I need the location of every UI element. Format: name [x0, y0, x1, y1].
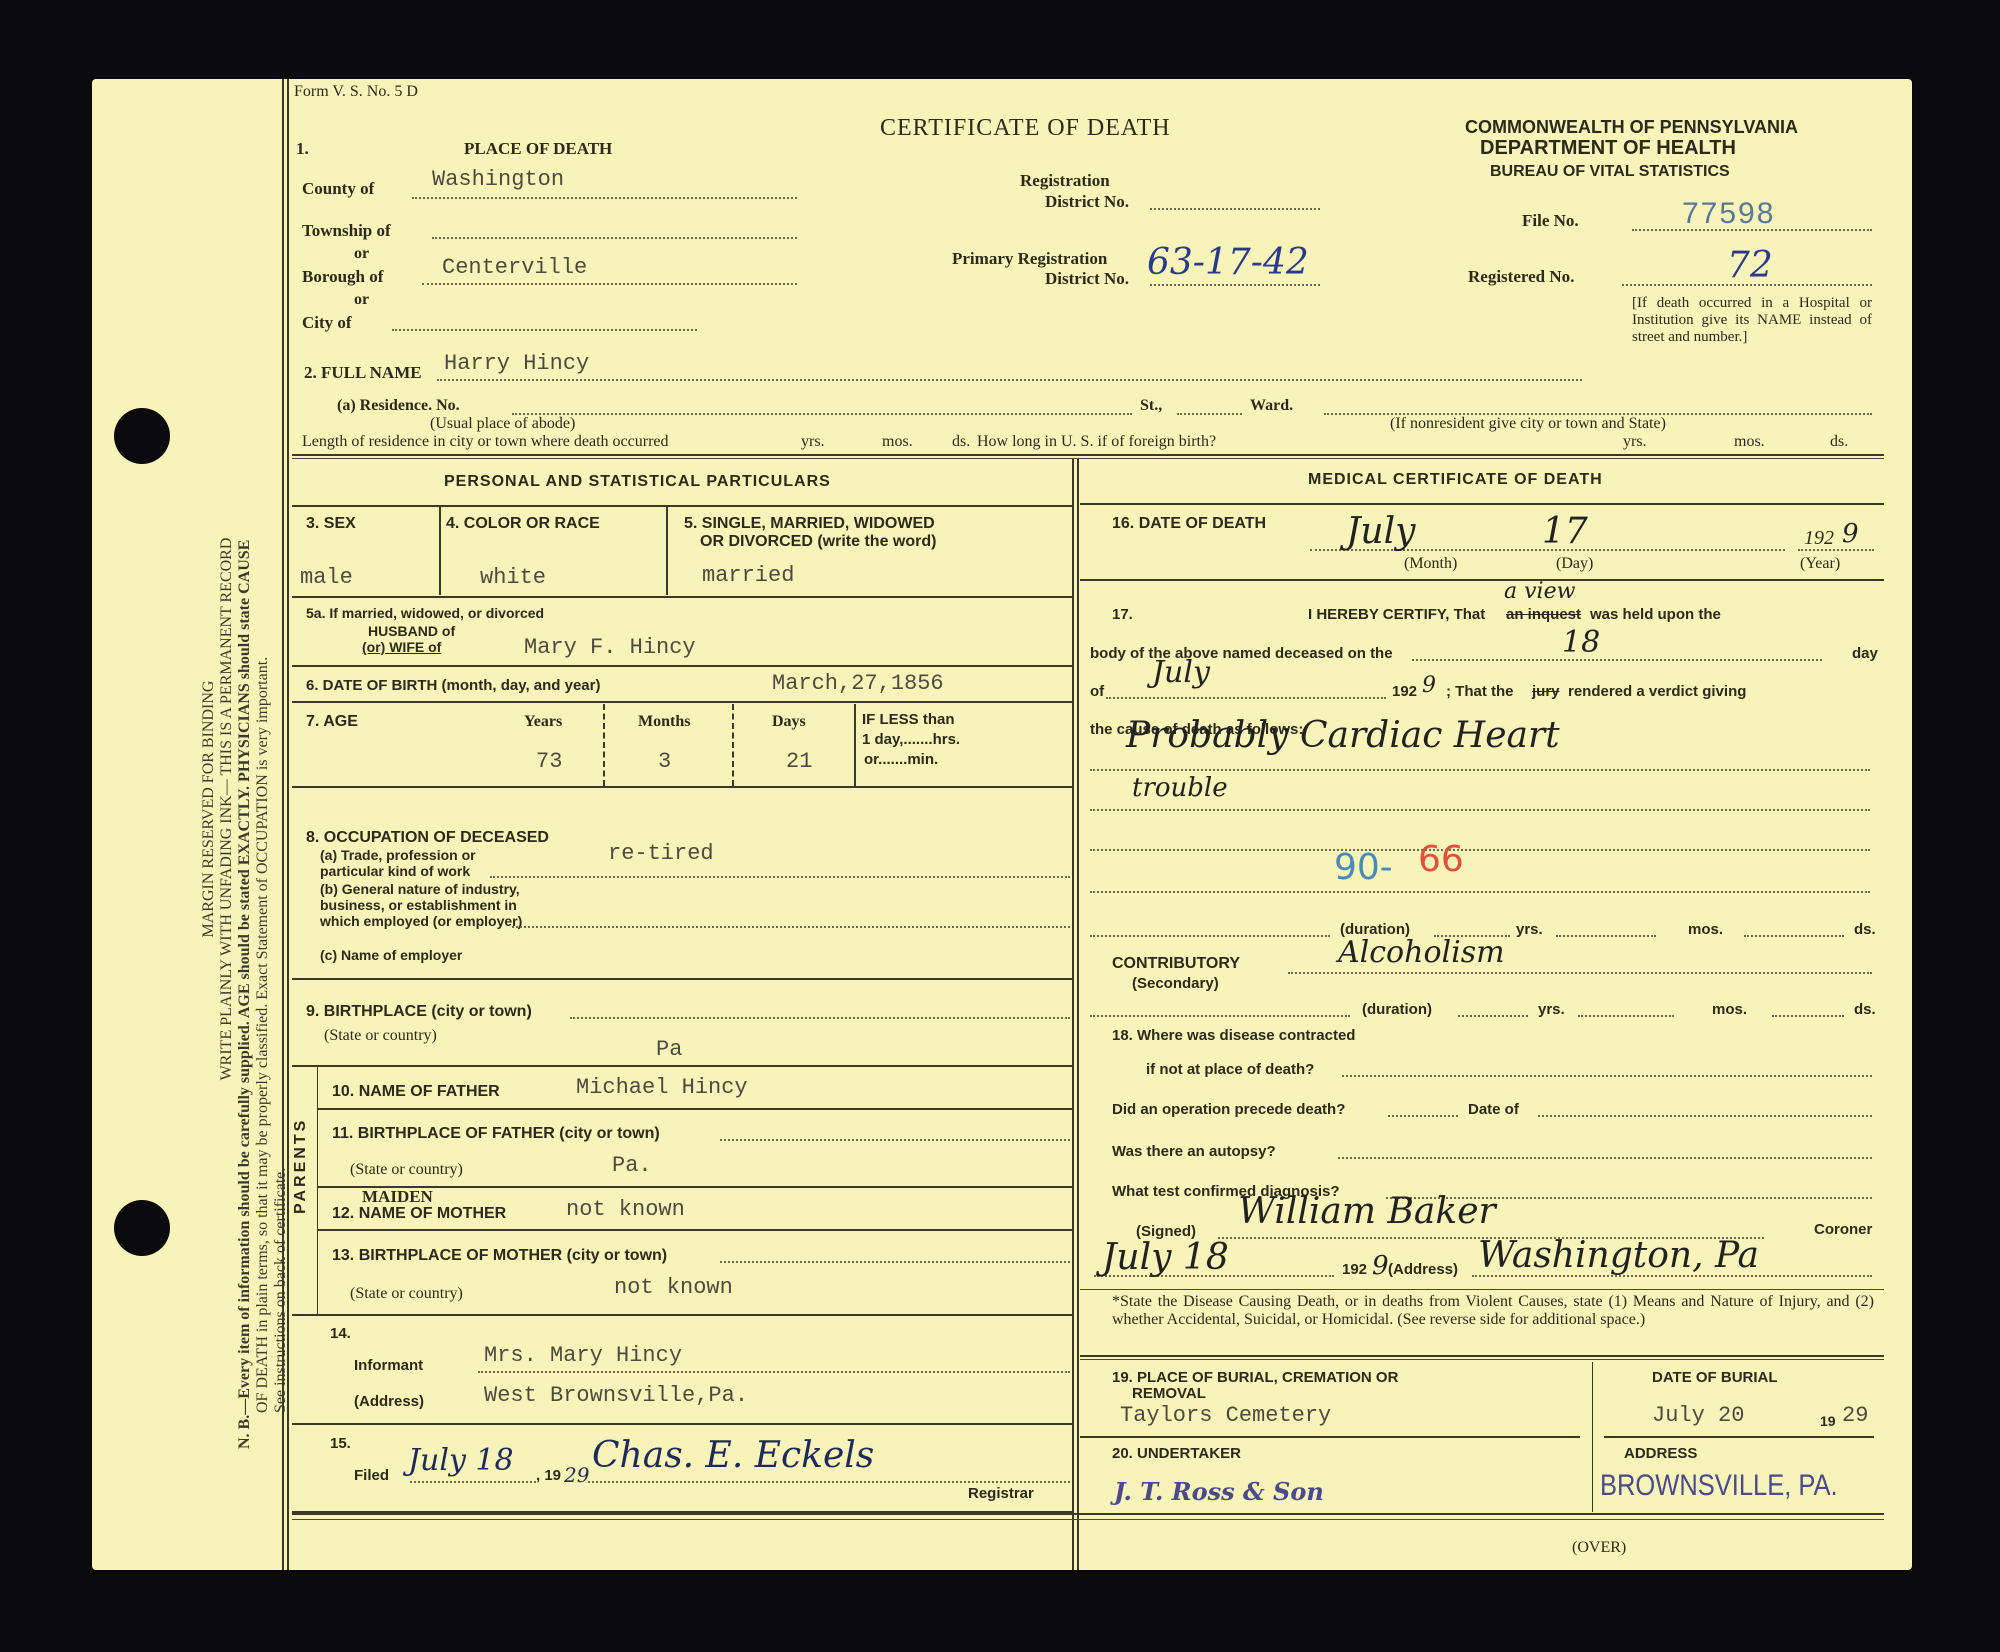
less-than-label-2: 1 day,.......hrs.: [862, 731, 960, 748]
bottom-rule: [292, 1513, 1884, 1515]
personal-heading-rule: [292, 505, 1072, 507]
row-rule-12: [318, 1229, 1072, 1231]
sex-label: 3. SEX: [306, 515, 356, 533]
violent-causes-footnote: *State the Disease Causing Death, or in …: [1112, 1293, 1874, 1329]
secondary-label: (Secondary): [1132, 975, 1219, 992]
dod-year-suffix[interactable]: 9: [1842, 519, 1859, 549]
duration-mos-2: mos.: [1712, 1001, 1747, 1018]
signed-date-value[interactable]: July 18: [1102, 1237, 1229, 1278]
foreign-ds: ds.: [1830, 433, 1848, 451]
coroner-label: Coroner: [1814, 1221, 1872, 1238]
row-rule-13: [292, 1314, 1072, 1316]
borough-label: Borough of: [302, 267, 383, 287]
residence-mos: mos.: [882, 433, 913, 451]
undertaker-stamp[interactable]: J. T. Ross & Son: [1114, 1477, 1324, 1506]
bottom-rule-2: [292, 1519, 1884, 1520]
occ-b-label-1: (b) General nature of industry,: [320, 881, 520, 897]
struck-inquest: an inquest: [1506, 606, 1581, 623]
sex-divider: [439, 507, 441, 595]
body-text: body of the above named deceased on the: [1090, 645, 1393, 662]
contributory-value[interactable]: Alcoholism: [1338, 935, 1505, 970]
residence-yrs: yrs.: [801, 433, 825, 451]
operation-date-label: Date of: [1468, 1101, 1519, 1118]
header-bottom-rule-2: [292, 458, 1884, 459]
marital-value[interactable]: married: [702, 563, 794, 588]
duration-yrs-2: yrs.: [1538, 1001, 1565, 1018]
cause-line-2-rule: [1090, 809, 1870, 811]
autopsy-label: Was there an autopsy?: [1112, 1143, 1276, 1160]
struck-jury: jury: [1532, 683, 1560, 700]
dod-month-label: (Month): [1404, 555, 1457, 573]
certify-text: I HEREBY CERTIFY, That: [1308, 606, 1485, 623]
race-label: 4. COLOR OR RACE: [446, 515, 600, 533]
signed-year-suffix[interactable]: 9: [1372, 1251, 1389, 1281]
medical-bottom-rule-2: [1080, 1359, 1884, 1360]
foreign-birth-label: How long in U. S. if of foreign birth?: [977, 433, 1216, 451]
dod-month-value[interactable]: July: [1346, 511, 1415, 552]
or-label-1: or: [354, 245, 369, 263]
duration-label-2: (duration): [1362, 1001, 1432, 1018]
parents-divider: [317, 1067, 318, 1316]
cause-line-1[interactable]: Probably Cardiac Heart: [1126, 715, 1560, 756]
cause-line-4-rule: [1090, 891, 1870, 893]
filed-item-number: 15.: [330, 1435, 351, 1452]
signed-bottom-rule: [1080, 1289, 1884, 1290]
duration-ds-line-1: [1744, 935, 1844, 937]
mother-bp-city-field: [720, 1261, 1070, 1263]
maiden-label: MAIDEN: [362, 1187, 433, 1207]
residence-label: (a) Residence. No.: [337, 397, 460, 415]
dod-year-label: (Year): [1800, 555, 1840, 573]
row-rule-7: [292, 786, 1072, 788]
margin-rule-2: [287, 79, 289, 1570]
q18-label: 18. Where was disease contracted: [1112, 1027, 1355, 1044]
duration-mos-1: mos.: [1688, 921, 1723, 938]
age-divider-1: [603, 704, 605, 786]
occ-c-label: (c) Name of employer: [320, 947, 462, 963]
filed-year-prefix: , 19: [536, 1467, 561, 1484]
township-label: Township of: [302, 221, 391, 241]
residence-length-label: Length of residence in city or town wher…: [302, 433, 669, 451]
county-value[interactable]: Washington: [432, 167, 564, 192]
burial-place-label-2: REMOVAL: [1132, 1385, 1206, 1402]
place-of-death-heading: PLACE OF DEATH: [464, 139, 612, 159]
father-bp-label: 11. BIRTHPLACE OF FATHER (city or town): [332, 1125, 660, 1143]
registration-label: Registration: [1020, 171, 1110, 191]
contributory-label: CONTRIBUTORY: [1112, 955, 1240, 973]
father-bp-city-field: [720, 1139, 1070, 1141]
burial-place-value[interactable]: Taylors Cemetery: [1120, 1403, 1331, 1428]
signer-address-value[interactable]: Washington, Pa: [1478, 1235, 1759, 1276]
informant-item-number: 14.: [330, 1325, 351, 1342]
registrar-signature[interactable]: Chas. E. Eckels: [592, 1435, 874, 1476]
abode-note: (Usual place of abode): [430, 415, 575, 433]
spouse-label-1: 5a. If married, widowed, or divorced: [306, 605, 544, 621]
parents-side-label: PARENTS: [292, 1118, 310, 1214]
personal-heading: PERSONAL AND STATISTICAL PARTICULARS: [444, 473, 831, 491]
agency-commonwealth: COMMONWEALTH OF PENNSYLVANIA: [1465, 117, 1798, 138]
occupation-value[interactable]: re-tired: [608, 841, 714, 866]
spouse-value[interactable]: Mary F. Hincy: [524, 635, 696, 660]
less-than-label-1: IF LESS than: [862, 711, 955, 728]
city-field-line: [392, 329, 697, 331]
day-word: day: [1852, 645, 1878, 662]
dod-day-value[interactable]: 17: [1542, 511, 1588, 552]
file-no-stamp[interactable]: 77598: [1682, 197, 1775, 231]
held-year-suffix[interactable]: 9: [1422, 673, 1436, 698]
primary-district-label: District No.: [1045, 269, 1129, 289]
row-rule-8: [292, 978, 1072, 980]
row-rule-6: [292, 701, 1072, 703]
inserted-view[interactable]: a view: [1504, 579, 1575, 604]
or-label-2: or: [354, 291, 369, 309]
medical-bottom-rule: [1080, 1355, 1884, 1357]
registered-no-value[interactable]: 72: [1727, 245, 1773, 286]
residence-field-line: [512, 413, 1132, 415]
age-divider-3: [854, 704, 856, 786]
coroner-signature[interactable]: William Baker: [1238, 1191, 1496, 1232]
over-note: (OVER): [1572, 1539, 1626, 1557]
punch-hole-top: [114, 408, 170, 464]
full-name-field-line: [437, 379, 1582, 381]
held-text: was held upon the: [1590, 606, 1721, 623]
ward-label: Ward.: [1250, 397, 1293, 415]
marital-label-2: OR DIVORCED (write the word): [700, 533, 936, 551]
father-bp-state-label: (State or country): [350, 1161, 463, 1179]
mother-bp-value[interactable]: not known: [614, 1275, 733, 1300]
dod-day-label: (Day): [1556, 555, 1593, 573]
marital-label-1: 5. SINGLE, MARRIED, WIDOWED: [684, 515, 935, 533]
primary-district-value[interactable]: 63-17-42: [1147, 242, 1309, 283]
duration-yrs-line-2: [1458, 1015, 1528, 1017]
item-17-number: 17.: [1112, 606, 1133, 623]
duration-lead-line-2: [1090, 1015, 1350, 1017]
contributory-line: [1288, 972, 1872, 974]
duration-lead-line: [1090, 935, 1330, 937]
item-1-number: 1.: [296, 139, 309, 159]
undertaker-address-stamp[interactable]: BROWNSVILLE, PA.: [1600, 1469, 1838, 1503]
margin-instructions: MARGIN RESERVED FOR BINDING WRITE PLAINL…: [200, 169, 290, 1449]
held-month-line: [1106, 697, 1386, 699]
informant-address-label: (Address): [354, 1393, 424, 1410]
foreign-yrs: yrs.: [1623, 433, 1647, 451]
filed-date-value[interactable]: July 18: [408, 1443, 514, 1478]
street-field-line: [1177, 413, 1242, 415]
punch-hole-bottom: [114, 1200, 170, 1256]
filed-date-line: [410, 1481, 536, 1483]
dod-year-prefix: 192: [1804, 527, 1834, 550]
operation-label: Did an operation precede death?: [1112, 1101, 1345, 1118]
margin-nb-line2: OF DEATH in plain terms, so that it may …: [254, 169, 272, 1449]
borough-field-line: [422, 283, 797, 285]
verdict-text: rendered a verdict giving: [1568, 683, 1746, 700]
registration-district-label: District No.: [1045, 192, 1129, 212]
burial-date-rule: [1604, 1436, 1874, 1438]
burial-place-label-1: 19. PLACE OF BURIAL, CREMATION OR: [1112, 1369, 1398, 1386]
row-rule-16: [1080, 579, 1884, 581]
burial-rule: [1080, 1436, 1580, 1438]
agency-bureau: BUREAU OF VITAL STATISTICS: [1490, 163, 1730, 181]
spouse-label-3: (or) WIFE of: [362, 639, 441, 655]
occ-b-label-2: business, or establishment in: [320, 897, 517, 913]
cause-line-2[interactable]: trouble: [1132, 773, 1228, 803]
duration-mos-line-1: [1556, 935, 1656, 937]
certificate-title: CERTIFICATE OF DEATH: [880, 115, 1171, 142]
row-rule-5a: [292, 665, 1072, 667]
burial-date-value[interactable]: July 20: [1652, 1403, 1744, 1428]
held-day-line: [1412, 659, 1822, 661]
autopsy-line: [1338, 1157, 1872, 1159]
full-name-value[interactable]: Harry Hincy: [444, 351, 589, 376]
form-number: Form V. S. No. 5 D: [294, 83, 418, 101]
duration-ds-line-2: [1772, 1015, 1844, 1017]
hospital-note: [If death occurred in a Hospital or Inst…: [1632, 295, 1872, 346]
age-days-label: Days: [772, 713, 806, 731]
nonresident-note: (If nonresident give city or town and St…: [1390, 415, 1666, 433]
row-rule-10: [318, 1108, 1072, 1110]
burial-year-prefix: 19: [1820, 1413, 1836, 1429]
race-divider: [666, 507, 668, 595]
county-label: County of: [302, 179, 374, 199]
borough-value[interactable]: Centerville: [442, 255, 587, 280]
street-label: St.,: [1140, 397, 1162, 415]
father-value[interactable]: Michael Hincy: [576, 1075, 748, 1100]
operation-line: [1388, 1115, 1458, 1117]
informant-address-value[interactable]: West Brownsville,Pa.: [484, 1383, 748, 1408]
burial-year-value[interactable]: 29: [1842, 1403, 1868, 1428]
mother-value[interactable]: not known: [566, 1197, 685, 1222]
foreign-mos: mos.: [1734, 433, 1765, 451]
duration-ds-1: ds.: [1854, 921, 1876, 938]
column-divider: [1072, 459, 1074, 1570]
burial-date-label: DATE OF BURIAL: [1652, 1369, 1778, 1386]
less-than-label-3: or.......min.: [864, 751, 938, 768]
township-field-line: [432, 237, 797, 239]
margin-nb-line1: N. B.—Every item of information should b…: [236, 169, 254, 1449]
informant-field-line: [478, 1371, 1070, 1373]
birthplace-state-label: (State or country): [324, 1027, 437, 1045]
father-bp-value[interactable]: Pa.: [612, 1153, 652, 1178]
file-no-label: File No.: [1522, 211, 1579, 231]
mother-label: 12. NAME OF MOTHER: [332, 1205, 506, 1223]
dob-label: 6. DATE OF BIRTH (month, day, and year): [306, 677, 600, 694]
occ-b-label-3: which employed (or employer): [320, 913, 522, 929]
operation-date-line: [1538, 1115, 1872, 1117]
age-years-label: Years: [524, 713, 562, 731]
mother-bp-label: 13. BIRTHPLACE OF MOTHER (city or town): [332, 1247, 667, 1265]
code-blue: 90-: [1334, 847, 1393, 888]
informant-value[interactable]: Mrs. Mary Hincy: [484, 1343, 682, 1368]
mother-bp-state-label: (State or country): [350, 1285, 463, 1303]
birthplace-value[interactable]: Pa: [656, 1037, 682, 1062]
registration-district-field: [1150, 208, 1320, 210]
margin-ink-note: WRITE PLAINLY WITH UNFADING INK— THIS IS…: [218, 169, 236, 1449]
column-divider-2: [1077, 459, 1079, 1570]
sex-value[interactable]: male: [300, 565, 353, 590]
occ-a-label-2: particular kind of work: [320, 863, 470, 879]
father-label: 10. NAME OF FATHER: [332, 1083, 500, 1101]
residence-ds: ds.: [952, 433, 970, 451]
held-month-value[interactable]: July: [1152, 655, 1210, 690]
filed-year-suffix[interactable]: 29: [564, 1463, 589, 1487]
certificate-paper: MARGIN RESERVED FOR BINDING WRITE PLAINL…: [92, 79, 1912, 1570]
birthplace-city-field: [570, 1017, 1070, 1019]
age-months-value[interactable]: 3: [658, 749, 671, 774]
code-red: 66: [1418, 839, 1464, 880]
header-bottom-rule: [292, 454, 1884, 456]
registrar-label: Registrar: [968, 1485, 1034, 1502]
age-label: 7. AGE: [306, 713, 358, 731]
age-years-value[interactable]: 73: [536, 749, 562, 774]
duration-yrs-1: yrs.: [1516, 921, 1543, 938]
of-word: of: [1090, 683, 1104, 700]
registrar-line: [588, 1481, 1070, 1483]
row-rule-9: [292, 1065, 1072, 1067]
q18-line: [1342, 1075, 1872, 1077]
held-year-prefix: 192: [1392, 683, 1417, 700]
duration-ds-2: ds.: [1854, 1001, 1876, 1018]
industry-field-line: [512, 926, 1070, 928]
age-days-value[interactable]: 21: [786, 749, 812, 774]
margin-rule: [282, 79, 284, 1570]
full-name-label: 2. FULL NAME: [304, 363, 422, 383]
that-the-text: ; That the: [1446, 683, 1514, 700]
dod-label: 16. DATE OF DEATH: [1112, 515, 1266, 533]
occupation-field-line: [490, 876, 1070, 878]
informant-label: Informant: [354, 1357, 423, 1374]
agency-department: DEPARTMENT OF HEALTH: [1480, 137, 1736, 160]
cause-line-3-rule: [1090, 849, 1870, 851]
held-day-value[interactable]: 18: [1562, 625, 1600, 660]
age-months-label: Months: [638, 713, 690, 731]
registered-no-label: Registered No.: [1468, 267, 1574, 287]
dob-value[interactable]: March,27,1856: [772, 671, 944, 696]
burial-divider: [1592, 1362, 1593, 1512]
age-divider-2: [732, 704, 734, 786]
cause-line-1-rule: [1090, 769, 1870, 771]
city-label: City of: [302, 313, 352, 333]
occupation-label: 8. OCCUPATION OF DECEASED: [306, 829, 549, 847]
county-field-line: [412, 197, 797, 199]
occ-a-label-1: (a) Trade, profession or: [320, 847, 476, 863]
spouse-label-2: HUSBAND of: [368, 623, 455, 639]
medical-heading-rule: [1080, 503, 1884, 505]
race-value[interactable]: white: [480, 565, 546, 590]
duration-mos-line-2: [1578, 1015, 1674, 1017]
row-rule-3: [292, 596, 1072, 598]
signer-address-label: (Address): [1388, 1261, 1458, 1278]
medical-heading: MEDICAL CERTIFICATE OF DEATH: [1308, 471, 1603, 489]
undertaker-address-label: ADDRESS: [1624, 1445, 1697, 1462]
filed-label: Filed: [354, 1467, 389, 1484]
undertaker-label: 20. UNDERTAKER: [1112, 1445, 1241, 1462]
birthplace-label: 9. BIRTHPLACE (city or town): [306, 1003, 532, 1021]
row-rule-14: [292, 1423, 1072, 1425]
q18-label-2: if not at place of death?: [1146, 1061, 1314, 1078]
signed-year-prefix: 192: [1342, 1261, 1367, 1278]
primary-registration-label: Primary Registration: [952, 249, 1107, 269]
primary-district-field: [1150, 284, 1320, 286]
margin-binding-note: MARGIN RESERVED FOR BINDING: [200, 169, 218, 1449]
